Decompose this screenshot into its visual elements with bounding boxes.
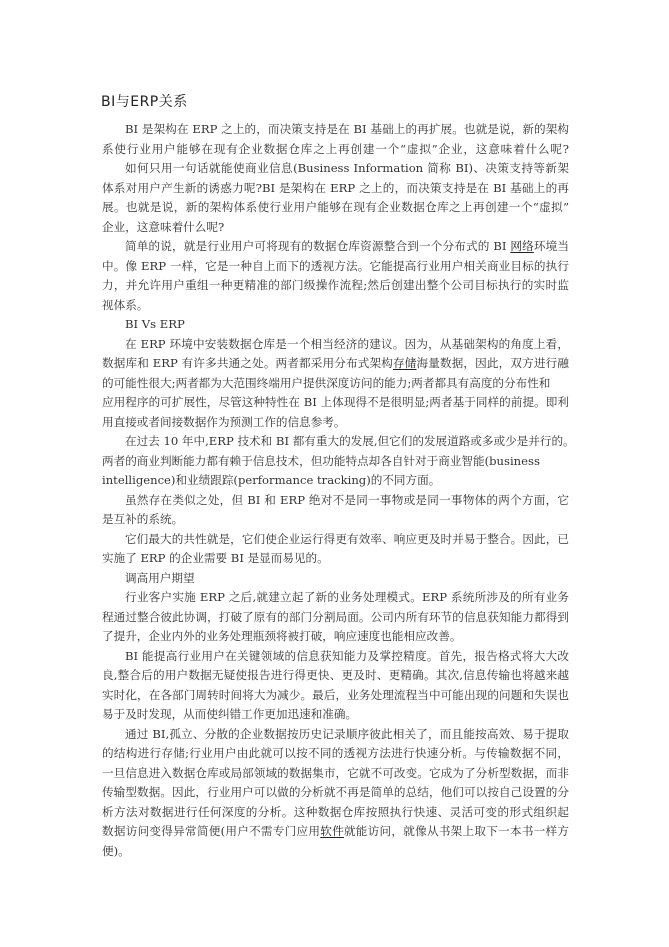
text-line: BI 是架构在 ERP 之上的，而决策支持是在 BI 基础上的再扩展。也就是说，… — [102, 120, 569, 140]
text-segment: 环境当 — [534, 239, 569, 253]
text-line: intelligence)和业绩跟踪(performance tracking)… — [102, 471, 569, 491]
text-segment: 数据访问变得异常简便(用户不需专门应用 — [102, 824, 320, 838]
text-line: 良,整合后的用户数据无疑使报告进行得更快、更及时、更精确。其次,信息传输也将越来… — [102, 666, 569, 686]
hyperlink[interactable]: 存储 — [393, 356, 416, 370]
text-line: 用直接或者间接数据作为预测工作的信息参考。 — [102, 413, 569, 433]
text-line: 行业客户实施 ERP 之后,就建立起了新的业务处理模式。ERP 系统所涉及的所有… — [102, 588, 569, 608]
text-line: 一旦信息进入数据仓库或局部领域的数据集市，它就不可改变。它成为了分析型数据，而非 — [102, 764, 569, 784]
text-line: 调高用户期望 — [102, 569, 569, 589]
text-line: 展。也就是说，新的架构体系使行业用户能够在现有企业数据仓库之上再创建一个“虚拟” — [102, 198, 569, 218]
text-line: 虽然存在类似之处，但 BI 和 ERP 绝对不是同一事物或是同一事物体的两个方面… — [102, 491, 569, 511]
document-page: BI与ERP关系 BI 是架构在 ERP 之上的，而决策支持是在 BI 基础上的… — [0, 0, 669, 947]
text-line: 实时化，在各部门周转时间将大为减少。最后，业务处理流程当中可能出现的问题和失误也 — [102, 686, 569, 706]
text-line: 了提升，企业内外的业务处理瓶颈将被打破，响应速度也能相应改善。 — [102, 627, 569, 647]
text-line: 数据库和 ERP 有许多共通之处。两者都采用分布式架构存储海量数据，因此，双方进… — [102, 354, 569, 374]
text-line: 程通过整合彼此协调，打破了原有的部门分割局面。公司内所有环节的信息获知能力都得到 — [102, 608, 569, 628]
text-line: 它们最大的共性就是，它们使企业运行得更有效率、响应更及时并易于整合。因此，已 — [102, 530, 569, 550]
text-line: 的可能性很大;两者都为大范围终端用户提供深度访问的能力;两者都具有高度的分布性和 — [102, 374, 569, 394]
text-line: 系使行业用户能够在现有企业数据仓库之上再创建一个“虚拟”企业，这意味着什么呢? — [102, 140, 569, 160]
text-line: BI 能提高行业用户在关键领域的信息获知能力及掌控精度。首先，报告格式将大大改 — [102, 647, 569, 667]
text-line: 通过 BI,孤立、分散的企业数据按历史记录顺序彼此相关了，而且能按高效、易于提取 — [102, 725, 569, 745]
text-line: 体系对用户产生新的诱惑力呢?BI 是架构在 ERP 之上的，而决策支持是在 BI… — [102, 179, 569, 199]
text-line: 在 ERP 环境中安装数据仓库是一个相当经济的建议。因为，从基础架构的角度上看，… — [102, 335, 569, 355]
text-line: 简单的说，就是行业用户可将现有的数据仓库资源整合到一个分布式的 BI 网络环境当 — [102, 237, 569, 257]
text-line: 数据访问变得异常简便(用户不需专门应用软件就能访问，就像从书架上取下一本书一样方 — [102, 822, 569, 842]
text-line: 便)。 — [102, 842, 569, 862]
text-line: 易于及时发现，从而使纠错工作更加迅速和准确。 — [102, 705, 569, 725]
text-line: 两者的商业判断能力都有赖于信息技术，但功能特点却各自针对于商业智能(busine… — [102, 452, 569, 472]
text-line: 实施了 ERP 的企业需要 BI 是显而易见的。 — [102, 549, 569, 569]
text-line: 在过去 10 年中,ERP 技术和 BI 都有重大的发展,但它们的发展道路或多或… — [102, 432, 569, 452]
text-segment: 简单的说，就是行业用户可将现有的数据仓库资源整合到一个分布式的 BI — [125, 239, 510, 253]
text-line: 应用程序的可扩展性，尽管这种特性在 BI 上体现得不是很明显;两者基于同样的前提… — [102, 393, 569, 413]
text-segment: 就能访问，就像从书架上取下一本书一样方 — [344, 824, 569, 838]
text-line: 视体系。 — [102, 296, 569, 316]
text-line: 如何只用一句话就能使商业信息(Business Information 简称 B… — [102, 159, 569, 179]
text-segment: 数据库和 ERP 有许多共通之处。两者都采用分布式架构 — [102, 356, 393, 370]
document-body: BI 是架构在 ERP 之上的，而决策支持是在 BI 基础上的再扩展。也就是说，… — [102, 120, 569, 861]
document-title: BI与ERP关系 — [101, 91, 188, 111]
hyperlink[interactable]: 软件 — [320, 824, 344, 838]
text-line: 析方法对数据进行任何深度的分析。这种数据仓库按照执行快速、灵活可变的形式组织起来… — [102, 803, 569, 823]
text-line: 传输型数据。因此，行业用户可以做的分析就不再是简单的总结，他们可以按自己设置的分 — [102, 783, 569, 803]
text-line: 是互补的系统。 — [102, 510, 569, 530]
hyperlink[interactable]: 网络 — [510, 239, 534, 253]
text-line: 中。像 ERP 一样，它是一种自上而下的透视方法。它能提高行业用户相关商业目标的… — [102, 257, 569, 277]
text-line: 的结构进行存储;行业用户由此就可以按不同的透视方法进行快速分析。与传输数据不同， — [102, 744, 569, 764]
text-line: 企业，这意味着什么呢? — [102, 218, 569, 238]
text-line: 力，并允许用户重组一种更精准的部门级操作流程;然后创建出整个公司目标执行的实时监 — [102, 276, 569, 296]
text-line: BI Vs ERP — [102, 315, 569, 335]
